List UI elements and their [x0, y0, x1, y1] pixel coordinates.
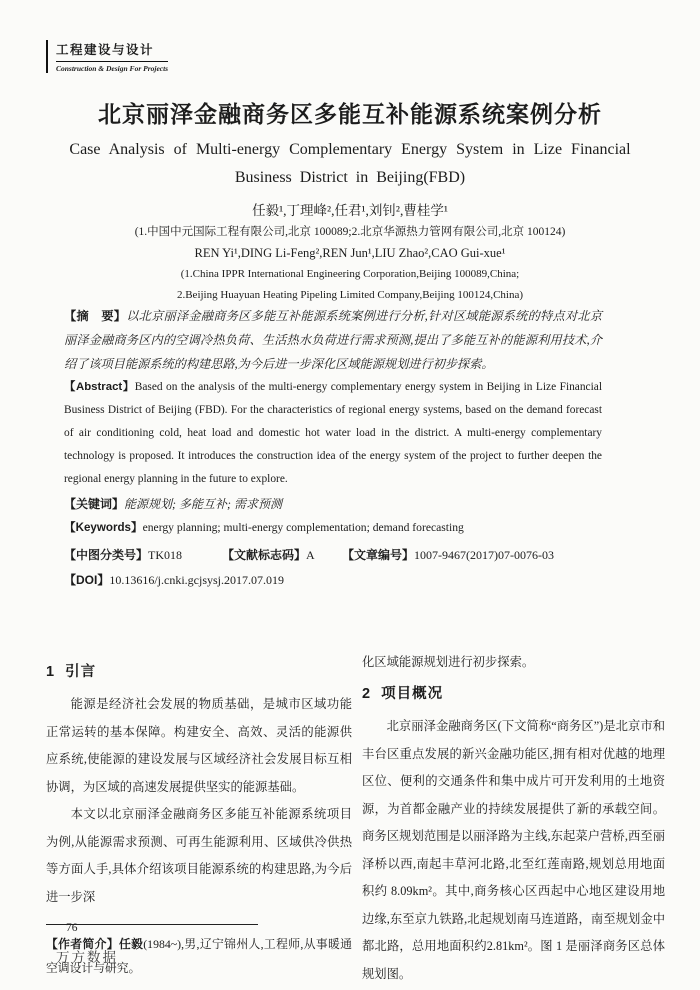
wanfang-watermark: 万方数据	[56, 946, 118, 966]
section-1-heading: 1引言	[46, 660, 352, 681]
doc-code-label: 【文献标志码】	[222, 548, 306, 562]
classification-line: 【中图分类号】TK018 【文献标志码】A 【文章编号】1007-9467(20…	[64, 544, 602, 566]
keywords-en-text: energy planning; multi-energy complement…	[143, 521, 464, 534]
section-1-title: 引言	[65, 664, 96, 680]
keywords-en-label: 【Keywords】	[64, 521, 143, 534]
section-2-title: 项目概况	[381, 686, 443, 702]
abstract-en: 【Abstract】Based on the analysis of the m…	[64, 376, 602, 491]
clc-label: 【中图分类号】	[64, 548, 148, 562]
authors-en: REN Yi¹,DING Li-Feng²,REN Jun¹,LIU Zhao²…	[0, 246, 700, 261]
doi-value: 10.13616/j.cnki.gcjsysj.2017.07.019	[109, 573, 284, 587]
abstract-cn-label: 【摘 要】	[64, 309, 126, 323]
doc-code-value: A	[306, 548, 315, 562]
journal-name-en: Construction & Design For Projects	[56, 62, 168, 73]
journal-banner: 工程建设与设计 Construction & Design For Projec…	[46, 40, 168, 73]
keywords-cn: 【关键词】能源规划; 多能互补; 需求预测	[64, 493, 602, 515]
article-title-en-line1: Case Analysis of Multi-energy Complement…	[0, 141, 700, 159]
article-no-value: 1007-9467(2017)07-0076-03	[414, 548, 554, 562]
doi-line: 【DOI】10.13616/j.cnki.gcjsysj.2017.07.019	[64, 569, 602, 591]
article-title-cn: 北京丽泽金融商务区多能互补能源系统案例分析	[0, 96, 700, 129]
abstract-en-text: Based on the analysis of the multi-energ…	[64, 381, 602, 485]
authors-cn: 任毅¹,丁理峰²,任君¹,刘钊²,曹桂学¹	[0, 199, 700, 219]
keywords-en: 【Keywords】energy planning; multi-energy …	[64, 517, 602, 539]
abstract-en-label: 【Abstract】	[64, 381, 135, 393]
left-column: 1引言 能源是经济社会发展的物质基础，是城市区域功能正常运转的基本保障。构建安全…	[46, 660, 352, 980]
author-bio-name: 任毅	[119, 937, 143, 951]
affiliation-en-line2: 2.Beijing Huayuan Heating Pipeling Limit…	[0, 289, 700, 301]
page-number: 76	[66, 922, 78, 934]
article-no-item: 【文章编号】1007-9467(2017)07-0076-03	[342, 544, 554, 566]
article-no-label: 【文章编号】	[342, 548, 414, 562]
journal-name-cn: 工程建设与设计	[56, 40, 168, 62]
clc-item: 【中图分类号】TK018	[64, 544, 222, 566]
doc-code-item: 【文献标志码】A	[222, 544, 342, 566]
affiliations-cn: (1.中国中元国际工程有限公司,北京 100089;2.北京华源热力管网有限公司…	[0, 223, 700, 239]
abstract-cn-text: 以北京丽泽金融商务区多能互补能源系统案例进行分析,针对区域能源系统的特点对北京丽…	[64, 309, 602, 371]
section-1-paragraph-2: 本文以北京丽泽金融商务区多能互补能源系统项目为例,从能源需求预测、可再生能源利用…	[46, 801, 352, 911]
clc-value: TK018	[148, 548, 182, 562]
keywords-cn-text: 能源规划; 多能互补; 需求预测	[124, 497, 282, 511]
article-title-en-line2: Business District in Beijing(FBD)	[0, 169, 700, 187]
section-1-continuation: 化区域能源规划进行初步探索。	[362, 650, 665, 674]
affiliation-en-line1: (1.China IPPR International Engineering …	[0, 268, 700, 280]
section-1-number: 1	[46, 664, 55, 680]
section-1-paragraph-1: 能源是经济社会发展的物质基础，是城市区域功能正常运转的基本保障。构建安全、高效、…	[46, 691, 352, 801]
doi-label: 【DOI】	[64, 573, 109, 587]
abstract-block: 【摘 要】以北京丽泽金融商务区多能互补能源系统案例进行分析,针对区域能源系统的特…	[64, 304, 602, 591]
section-2-heading: 2项目概况	[362, 682, 665, 703]
right-column: 化区域能源规划进行初步探索。 2项目概况 北京丽泽金融商务区(下文简称“商务区”…	[362, 650, 665, 988]
section-2-paragraph: 北京丽泽金融商务区(下文简称“商务区”)是北京市和丰台区重点发展的新兴金融功能区…	[362, 713, 665, 988]
keywords-cn-label: 【关键词】	[64, 497, 124, 511]
section-2-number: 2	[362, 686, 371, 702]
abstract-cn: 【摘 要】以北京丽泽金融商务区多能互补能源系统案例进行分析,针对区域能源系统的特…	[64, 304, 602, 376]
